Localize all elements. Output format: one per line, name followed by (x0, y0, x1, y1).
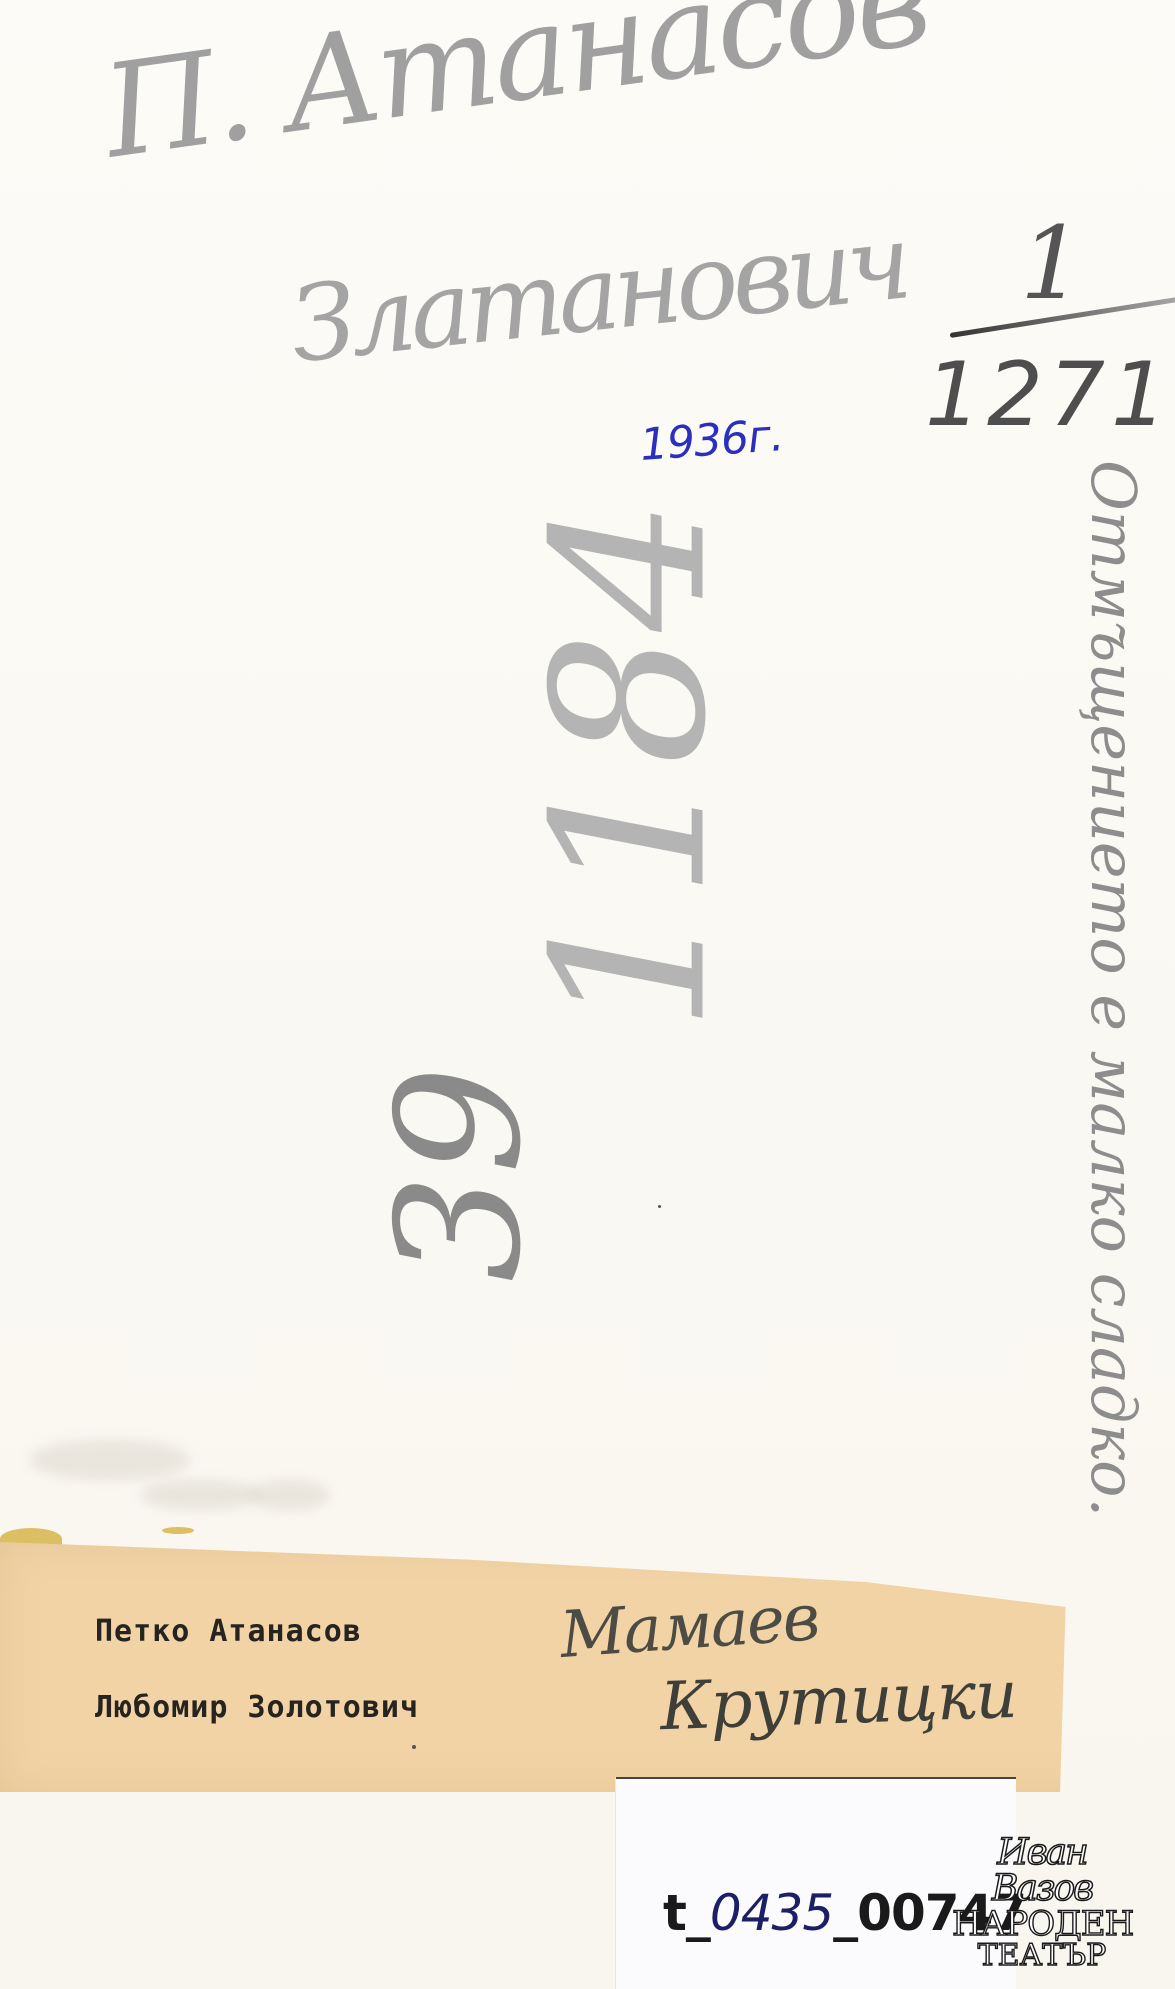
cast-typed-name-2: Любомир Золотович (95, 1690, 419, 1725)
pencil-side-note: Отмъщението е малко сладко. (1110, 460, 1150, 1880)
glue-stain (162, 1527, 194, 1534)
cast-typed-name-1: Петко Атанасов (95, 1614, 362, 1649)
logo-script-ivan-vazov: Иван Вазов (952, 1835, 1132, 1907)
stain-smudge (250, 1480, 330, 1510)
archive-id-separator: _ (833, 1884, 857, 1942)
pencil-vertical-number-lower: 39 (361, 1009, 559, 1339)
stain-smudge (30, 1440, 190, 1480)
fraction-denominator: 1271 (925, 343, 1173, 446)
catalog-fraction: 1 1271 (905, 225, 1175, 445)
cast-role-handwritten-2: Крутицки (659, 1656, 1018, 1745)
paper-speck (658, 1205, 661, 1208)
logo-line-teatar: ТЕАТЪР (952, 1941, 1132, 1971)
archive-id-prefix: t_ (663, 1884, 710, 1942)
paper-speck (412, 1745, 416, 1749)
pencil-vertical-number-upper: 1184 (508, 533, 753, 1033)
ink-year-note: 1936г. (638, 410, 784, 471)
logo-line-naroden: НАРОДЕН (952, 1907, 1132, 1941)
national-theatre-logo: Иван Вазов НАРОДЕН ТЕАТЪР (952, 1835, 1132, 1971)
archive-id-handwritten: 0435 (710, 1884, 833, 1942)
side-note-text: Отмъщението е малко сладко. (1077, 460, 1150, 1880)
fraction-numerator: 1 (1020, 205, 1084, 322)
stain-smudge (140, 1480, 260, 1510)
